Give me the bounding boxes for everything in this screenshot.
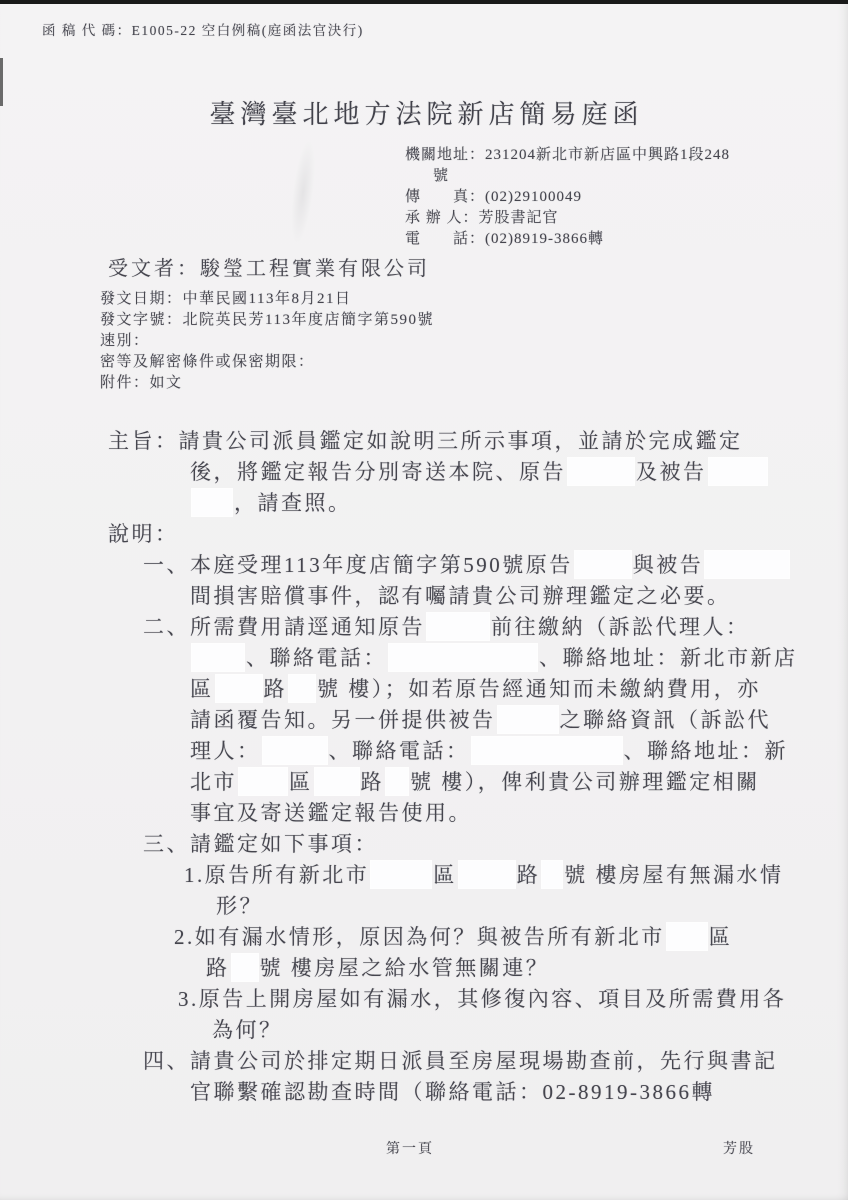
redaction-box [389,644,537,671]
body-line: 1.原告所有新北市區路號 樓房屋有無漏水情 [184,860,808,891]
body-text: 區 [190,677,214,701]
redaction-box [315,768,359,795]
body-text: 區 [289,770,313,794]
body-text: 官聯繫確認勘查時間（聯絡電話：02-8919-3866轉 [190,1080,715,1104]
body-text: 請函覆告知。另一併提供被告 [190,708,496,732]
body-line: 、聯絡電話：、聯絡地址：新北市新店 [190,643,808,674]
body-text: 區 [709,925,733,949]
body-text: 區 [433,863,457,887]
redaction-box [472,737,622,764]
agency-clerk-line: 承 辦 人：芳股書記官 [405,208,730,229]
body-text: 、聯絡電話： [329,739,470,763]
body-text: 之聯絡資訊（訴訟代 [560,708,772,732]
redaction-box [192,489,232,516]
redaction-box [709,458,767,485]
body-line: ，請查照。 [190,488,808,519]
footer-page-number: 第一頁 [386,1138,434,1158]
recipient-line: 受文者：駿瑩工程實業有限公司 [108,252,430,281]
document-body: 主旨：請貴公司派員鑑定如說明三所示事項，並請於完成鑑定後，將鑑定報告分別寄送本院… [108,426,808,1108]
body-text: 號 樓房屋有無漏水情 [564,863,783,887]
body-text: 二、所需費用請逕通知原告 [143,615,425,639]
footer-division-stamp: 芳股 [723,1138,755,1158]
body-text: 形？ [216,894,263,918]
redaction-box [459,861,515,888]
body-text: 、聯絡地址：新北市新店 [539,646,798,670]
body-line: 說明： [108,519,808,550]
body-text: 四、請貴公司於排定期日派員至房屋現場勘查前，先行與書記 [143,1049,778,1073]
agency-info-block: 機關地址：231204新北市新店區中興路1段248 號 傳 真：(02)2910… [405,145,730,250]
body-text: 號 樓）；如若原告經通知而未繳納費用，亦 [317,677,761,701]
agency-address-line1: 機關地址：231204新北市新店區中興路1段248 [405,145,730,166]
body-text: ，請查照。 [234,491,352,515]
scan-edge-top [0,0,848,4]
body-text: 、聯絡地址：新 [624,739,789,763]
body-line: 三、請鑑定如下事項： [143,829,808,860]
scan-smudge [287,139,320,246]
meta-block: 發文日期：中華民國113年8月21日 發文字號：北院英民芳113年度店簡字第59… [100,289,434,394]
body-line: 二、所需費用請逕通知原告前往繳納（訴訟代理人： [143,612,808,643]
redaction-box [192,644,244,671]
agency-phone-line: 電 話：(02)8919-3866轉 [405,229,730,250]
meta-attachment-line: 附件：如文 [100,373,434,394]
body-line: 路號 樓房屋之給水管無關連？ [206,953,808,984]
body-text: 2.如有漏水情形，原因為何？與被告所有新北市 [174,925,665,949]
body-text: 與被告 [633,553,704,577]
document-title: 臺灣臺北地方法院新店簡易庭函 [0,94,848,131]
redaction-box [427,613,489,640]
body-text: 1.原告所有新北市 [184,863,369,887]
body-line: 3.原告上開房屋如有漏水，其修復內容、項目及所需費用各 [178,984,808,1015]
redaction-box [575,551,631,578]
body-line: 一、本庭受理113年度店簡字第590號原告與被告 [143,550,808,581]
body-text: 路 [206,956,230,980]
body-line: 北市區路號 樓），俾利貴公司辦理鑑定相關 [190,767,808,798]
body-text: 間損害賠償事件，認有囑請貴公司辦理鑑定之必要。 [190,584,731,608]
meta-refno-line: 發文字號：北院英民芳113年度店簡字第590號 [100,310,434,331]
redaction-box [705,551,789,578]
redaction-box [371,861,431,888]
redaction-box [386,768,408,795]
redaction-box [232,954,258,981]
agency-fax-line: 傳 真：(02)29100049 [405,187,730,208]
body-line: 官聯繫確認勘查時間（聯絡電話：02-8919-3866轉 [190,1077,808,1108]
body-text: 事宜及寄送鑑定報告使用。 [190,801,472,825]
redaction-box [239,768,287,795]
body-line: 主旨：請貴公司派員鑑定如說明三所示事項，並請於完成鑑定 [108,426,808,457]
body-text: 說明： [108,522,179,546]
body-text: 主旨：請貴公司派員鑑定如說明三所示事項，並請於完成鑑定 [108,429,743,453]
body-line: 區路號 樓）；如若原告經通知而未繳納費用，亦 [190,674,808,705]
body-text: 後，將鑑定報告分別寄送本院、原告 [190,460,566,484]
body-line: 理人：、聯絡電話：、聯絡地址：新 [190,736,808,767]
redaction-box [216,675,262,702]
redaction-box [289,675,315,702]
body-text: 北市 [190,770,237,794]
doc-code-line: 函 稿 代 碼：E1005-22 空白例稿(庭函法官決行) [42,19,364,39]
scanned-court-letter: 函 稿 代 碼：E1005-22 空白例稿(庭函法官決行) 臺灣臺北地方法院新店… [0,0,848,1200]
body-text: 路 [517,863,541,887]
body-text: 一、本庭受理113年度店簡字第590號原告 [143,553,573,577]
body-text: 三、請鑑定如下事項： [143,832,378,856]
body-text: 號 樓房屋之給水管無關連？ [260,956,550,980]
redaction-box [498,706,558,733]
redaction-box [568,458,634,485]
body-text: 、聯絡電話： [246,646,387,670]
meta-priority-line: 速別： [100,331,434,352]
redaction-box [263,737,327,764]
body-text: 路 [361,770,385,794]
body-text: 號 樓），俾利貴公司辦理鑑定相關 [410,770,760,794]
redaction-box [542,861,562,888]
body-line: 請函覆告知。另一併提供被告之聯絡資訊（訴訟代 [190,705,808,736]
body-line: 四、請貴公司於排定期日派員至房屋現場勘查前，先行與書記 [143,1046,808,1077]
body-line: 間損害賠償事件，認有囑請貴公司辦理鑑定之必要。 [190,581,808,612]
body-line: 形？ [216,891,808,922]
body-text: 及被告 [636,460,707,484]
body-line: 2.如有漏水情形，原因為何？與被告所有新北市區 [174,922,808,953]
meta-security-line: 密等及解密條件或保密期限： [100,352,434,373]
meta-date-line: 發文日期：中華民國113年8月21日 [100,289,434,310]
body-line: 事宜及寄送鑑定報告使用。 [190,798,808,829]
body-text: 理人： [190,739,261,763]
body-text: 為何？ [212,1018,283,1042]
body-line: 後，將鑑定報告分別寄送本院、原告及被告 [190,457,808,488]
body-line: 為何？ [212,1015,808,1046]
body-text: 3.原告上開房屋如有漏水，其修復內容、項目及所需費用各 [178,987,786,1011]
redaction-box [667,923,707,950]
body-text: 前往繳納（訴訟代理人： [491,615,750,639]
body-text: 路 [264,677,288,701]
agency-address-line2: 號 [433,166,730,187]
